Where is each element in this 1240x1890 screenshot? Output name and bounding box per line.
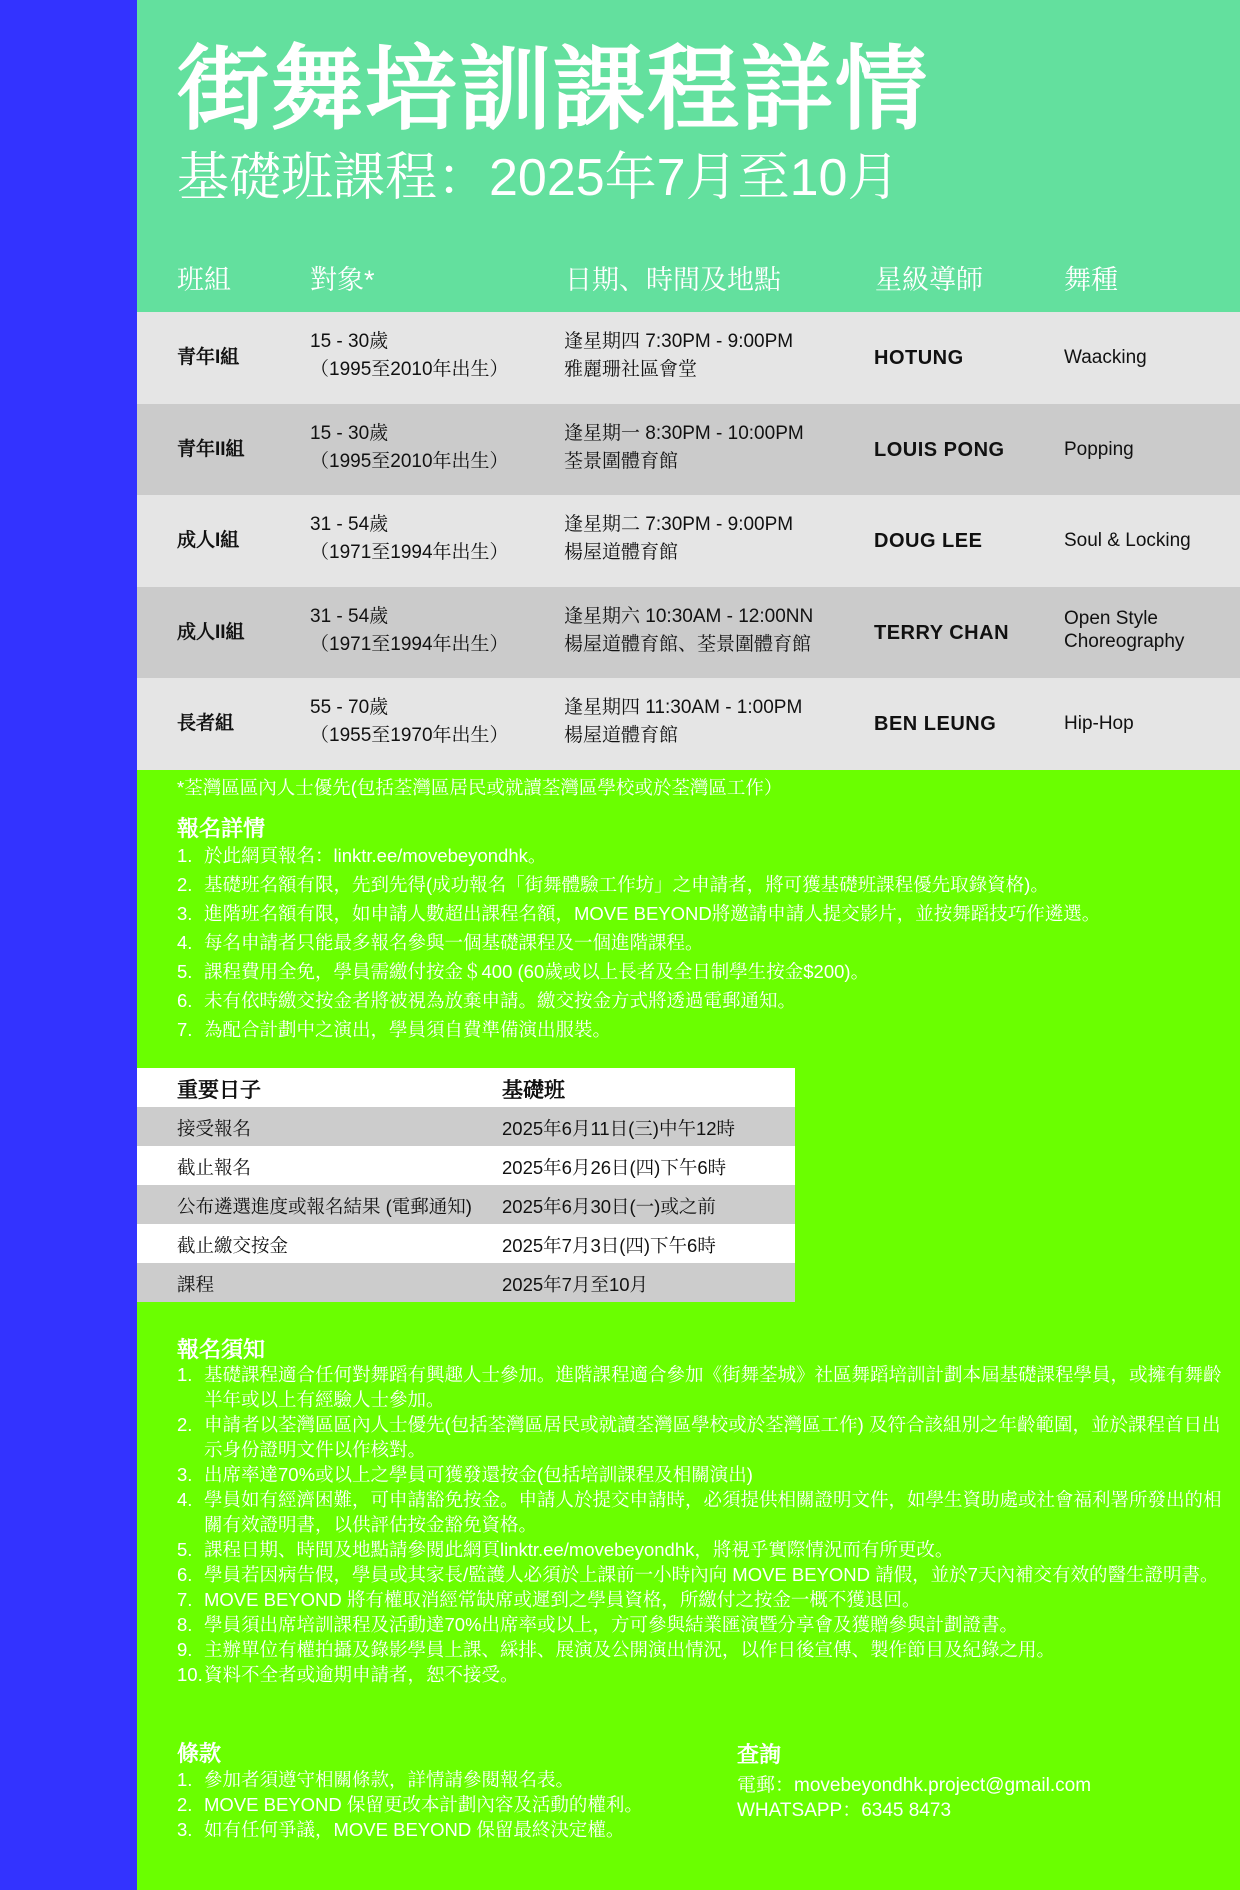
list-item: 1.參加者須遵守相關條款，詳情請參閱報名表。 (177, 1767, 643, 1792)
list-item: 3.進階班名額有限，如申請人數超出課程名額，MOVE BEYOND將邀請申請人提… (177, 899, 1100, 928)
table-row: 青年I組 15 - 30歲 （1995至2010年出生） 逢星期四 7:30PM… (137, 312, 1240, 404)
list-item: 2.基礎班名額有限，先到先得(成功報名「街舞體驗工作坊」之申請者，將可獲基礎班課… (177, 870, 1100, 899)
class-time: 逢星期六 10:30AM - 12:00NN (564, 603, 813, 631)
class-dance-style: Hip-Hop (1064, 710, 1134, 738)
table-row: 青年II組 15 - 30歲 （1995至2010年出生） 逢星期一 8:30P… (137, 404, 1240, 496)
class-tutor: HOTUNG (874, 344, 964, 372)
date-label: 接受報名 (177, 1115, 251, 1141)
class-venue: 楊屋道體育館 (564, 722, 802, 750)
class-target: 55 - 70歲 （1955至1970年出生） (310, 694, 509, 750)
class-dance-style: Popping (1064, 436, 1134, 464)
list-item: 9.主辦單位有權拍攝及錄影學員上課、綵排、展演及公開演出情況，以作日後宣傳、製作… (177, 1637, 1237, 1662)
list-item: 8.學員須出席培訓課程及活動達70%出席率或以上，方可參與結業匯演暨分享會及獲贈… (177, 1612, 1237, 1637)
class-time: 逢星期一 8:30PM - 10:00PM (564, 420, 804, 448)
list-item: 1.基礎課程適合任何對舞蹈有興趣人士參加。進階課程適合參加《街舞荃城》社區舞蹈培… (177, 1362, 1237, 1412)
class-schedule: 逢星期二 7:30PM - 9:00PM 楊屋道體育館 (564, 511, 793, 567)
list-item: 3.出席率達70%或以上之學員可獲發還按金(包括培訓課程及相關演出) (177, 1462, 1237, 1487)
class-group: 青年I組 (177, 344, 239, 372)
list-item: 6.未有依時繳交按金者將被視為放棄申請。繳交按金方式將透過電郵通知。 (177, 986, 1100, 1015)
column-header-schedule: 日期、時間及地點 (565, 258, 781, 297)
class-tutor: TERRY CHAN (874, 619, 1009, 647)
date-label: 截止繳交按金 (177, 1232, 288, 1258)
class-target: 31 - 54歲 （1971至1994年出生） (310, 511, 509, 567)
page-title: 街舞培訓課程詳情 (177, 40, 929, 141)
registration-list: 1.於此網頁報名：linktr.ee/movebeyondhk。 2.基礎班名額… (177, 841, 1100, 1044)
notice-list: 1.基礎課程適合任何對舞蹈有興趣人士參加。進階課程適合參加《街舞荃城》社區舞蹈培… (177, 1362, 1237, 1687)
class-dance-style: Open Style Choreography (1064, 607, 1234, 653)
column-header-target: 對象* (310, 258, 375, 297)
class-tutor: LOUIS PONG (874, 436, 1005, 464)
list-item: 2.申請者以荃灣區區內人士優先(包括荃灣區居民或就讀荃灣區學校或於荃灣區工作) … (177, 1412, 1237, 1462)
dates-header-value: 基礎班 (502, 1074, 565, 1104)
header: 街舞培訓課程詳情 基礎班課程：2025年7月至10月 班組 對象* 日期、時間及… (137, 0, 1240, 312)
list-item: 5.課程費用全免，學員需繳付按金＄400 (60歲或以上長者及全日制學生按金$2… (177, 957, 1100, 986)
list-item: 4.每名申請者只能最多報名參與一個基礎課程及一個進階課程。 (177, 928, 1100, 957)
list-item: 6.學員若因病告假，學員或其家長/監護人必須於上課前一小時內向 MOVE BEY… (177, 1562, 1237, 1587)
important-dates-table: 重要日子 基礎班 接受報名 2025年6月11日(三)中午12時 截止報名 20… (137, 1068, 795, 1302)
class-time: 逢星期四 11:30AM - 1:00PM (564, 694, 802, 722)
column-header-dance-style: 舞種 (1064, 258, 1118, 297)
class-schedule: 逢星期四 11:30AM - 1:00PM 楊屋道體育館 (564, 694, 802, 750)
list-item: 5.課程日期、時間及地點請參閱此網頁linktr.ee/movebeyondhk… (177, 1537, 1237, 1562)
enquiry-title: 查詢 (737, 1738, 1091, 1769)
list-item: 4.學員如有經濟困難，可申請豁免按金。申請人於提交申請時，必須提供相關證明文件，… (177, 1487, 1237, 1537)
date-value: 2025年6月26日(四)下午6時 (502, 1154, 726, 1180)
class-venue: 荃景圍體育館 (564, 448, 804, 476)
list-item: 7.為配合計劃中之演出，學員須自費準備演出服裝。 (177, 1015, 1100, 1044)
age-range: 31 - 54歲 (310, 511, 509, 539)
class-group: 成人II組 (177, 619, 245, 647)
class-target: 31 - 54歲 （1971至1994年出生） (310, 603, 509, 659)
birth-years: （1955至1970年出生） (310, 722, 509, 750)
date-value: 2025年6月30日(一)或之前 (502, 1193, 716, 1219)
poster-page: 街舞培訓課程詳情 基礎班課程：2025年7月至10月 班組 對象* 日期、時間及… (137, 0, 1240, 1890)
date-label: 公布遴選進度或報名結果 (電郵通知) (177, 1193, 472, 1219)
date-value: 2025年6月11日(三)中午12時 (502, 1115, 735, 1141)
table-row: 成人II組 31 - 54歲 （1971至1994年出生） 逢星期六 10:30… (137, 587, 1240, 679)
class-schedule: 逢星期四 7:30PM - 9:00PM 雅麗珊社區會堂 (564, 328, 793, 384)
age-range: 15 - 30歲 (310, 420, 509, 448)
enquiry-section: 查詢 電郵：movebeyondhk.project@gmail.com WHA… (737, 1738, 1091, 1823)
class-schedule: 逢星期六 10:30AM - 12:00NN 楊屋道體育館、荃景圍體育館 (564, 603, 813, 659)
class-target: 15 - 30歲 （1995至2010年出生） (310, 328, 509, 384)
list-item: 1.於此網頁報名：linktr.ee/movebeyondhk。 (177, 841, 1100, 870)
list-item: 3.如有任何爭議，MOVE BEYOND 保留最終決定權。 (177, 1817, 643, 1842)
date-value: 2025年7月至10月 (502, 1271, 648, 1297)
enquiry-email[interactable]: 電郵：movebeyondhk.project@gmail.com (737, 1773, 1091, 1798)
column-header-tutor: 星級導師 (875, 258, 983, 297)
table-column-headers: 班組 對象* 日期、時間及地點 星級導師 舞種 (137, 258, 1240, 298)
class-group: 長者組 (177, 710, 234, 738)
age-range: 15 - 30歲 (310, 328, 509, 356)
birth-years: （1995至2010年出生） (310, 448, 509, 476)
enquiry-whatsapp[interactable]: WHATSAPP：6345 8473 (737, 1798, 1091, 1823)
terms-list: 1.參加者須遵守相關條款，詳情請參閱報名表。 2.MOVE BEYOND 保留更… (177, 1767, 643, 1842)
page-subtitle: 基礎班課程：2025年7月至10月 (177, 150, 899, 207)
dates-header-row: 重要日子 基礎班 (137, 1068, 795, 1107)
table-row: 成人I組 31 - 54歲 （1971至1994年出生） 逢星期二 7:30PM… (137, 495, 1240, 587)
left-color-strip (0, 0, 137, 1890)
table-row: 截止報名 2025年6月26日(四)下午6時 (137, 1146, 795, 1185)
date-value: 2025年7月3日(四)下午6時 (502, 1232, 716, 1258)
terms-title: 條款 (177, 1737, 221, 1768)
class-group: 青年II組 (177, 436, 245, 464)
age-range: 31 - 54歲 (310, 603, 509, 631)
age-range: 55 - 70歲 (310, 694, 509, 722)
class-venue: 楊屋道體育館 (564, 539, 793, 567)
birth-years: （1995至2010年出生） (310, 356, 509, 384)
table-row: 課程 2025年7月至10月 (137, 1263, 795, 1302)
table-row: 長者組 55 - 70歲 （1955至1970年出生） 逢星期四 11:30AM… (137, 678, 1240, 770)
dates-header-label: 重要日子 (177, 1074, 261, 1104)
date-label: 課程 (177, 1271, 214, 1297)
class-table: 青年I組 15 - 30歲 （1995至2010年出生） 逢星期四 7:30PM… (137, 312, 1240, 770)
class-tutor: BEN LEUNG (874, 710, 996, 738)
registration-title: 報名詳情 (177, 812, 265, 843)
list-item: 10.資料不全者或逾期申請者，恕不接受。 (177, 1662, 1237, 1687)
class-schedule: 逢星期一 8:30PM - 10:00PM 荃景圍體育館 (564, 420, 804, 476)
class-venue: 楊屋道體育館、荃景圍體育館 (564, 631, 813, 659)
table-row: 接受報名 2025年6月11日(三)中午12時 (137, 1107, 795, 1146)
class-time: 逢星期四 7:30PM - 9:00PM (564, 328, 793, 356)
table-row: 截止繳交按金 2025年7月3日(四)下午6時 (137, 1224, 795, 1263)
class-target: 15 - 30歲 （1995至2010年出生） (310, 420, 509, 476)
class-venue: 雅麗珊社區會堂 (564, 356, 793, 384)
table-row: 公布遴選進度或報名結果 (電郵通知) 2025年6月30日(一)或之前 (137, 1185, 795, 1224)
class-group: 成人I組 (177, 527, 239, 555)
birth-years: （1971至1994年出生） (310, 631, 509, 659)
date-label: 截止報名 (177, 1154, 251, 1180)
list-item: 7.MOVE BEYOND 將有權取消經常缺席或遲到之學員資格，所繳付之按金一概… (177, 1587, 1237, 1612)
class-dance-style: Soul & Locking (1064, 527, 1191, 555)
birth-years: （1971至1994年出生） (310, 539, 509, 567)
class-dance-style: Waacking (1064, 344, 1147, 372)
priority-note: *荃灣區區內人士優先(包括荃灣區居民或就讀荃灣區學校或於荃灣區工作） (177, 774, 782, 800)
column-header-group: 班組 (177, 258, 231, 297)
notice-title: 報名須知 (177, 1333, 265, 1364)
class-tutor: DOUG LEE (874, 527, 982, 555)
class-time: 逢星期二 7:30PM - 9:00PM (564, 511, 793, 539)
list-item: 2.MOVE BEYOND 保留更改本計劃內容及活動的權利。 (177, 1792, 643, 1817)
